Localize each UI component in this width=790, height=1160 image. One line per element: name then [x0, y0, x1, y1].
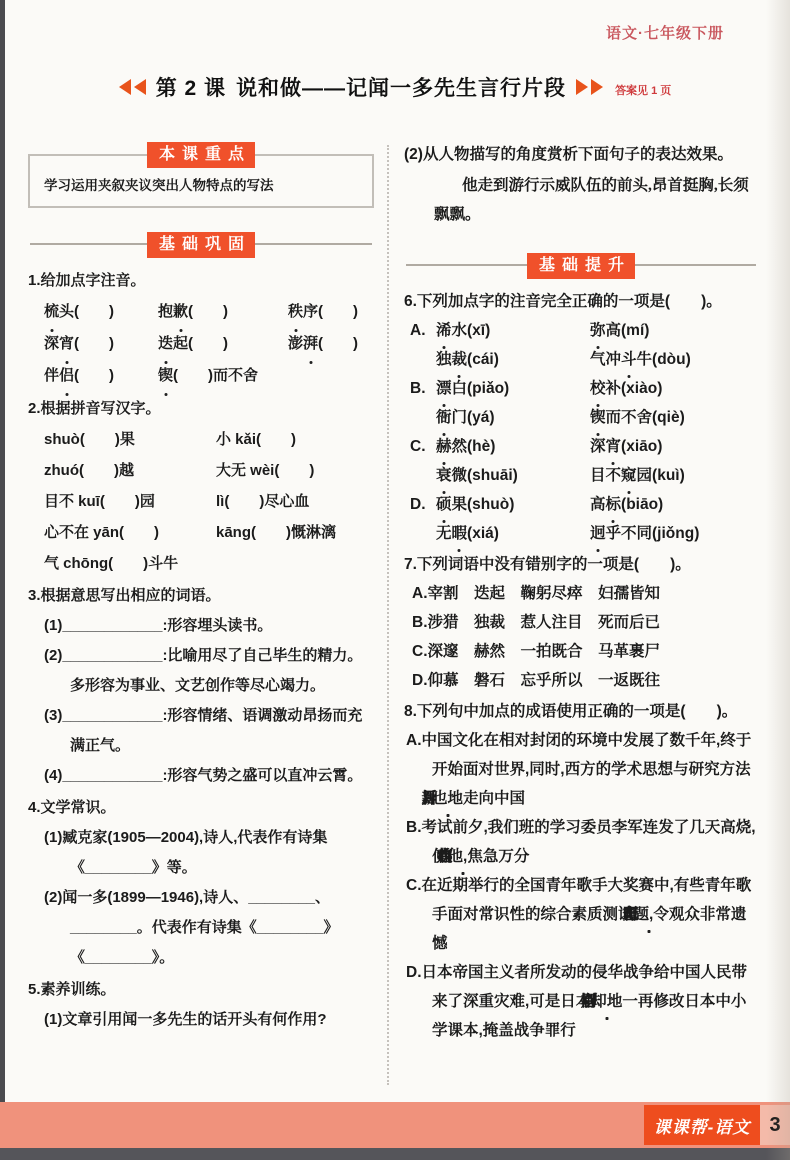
- improve-badge: 基础提升: [527, 253, 635, 279]
- pinyin-item: 秩序( ): [288, 296, 374, 328]
- option-letter: [410, 519, 436, 548]
- option-letter: [410, 345, 436, 374]
- question-5-stem: 5.素养训练。: [28, 975, 374, 1005]
- option-word: 硕果(shuò): [436, 490, 590, 519]
- option-word: 高标(biāo): [590, 490, 758, 519]
- option-line: D.仰慕 磐石 忘乎所以 一返既往: [412, 666, 758, 695]
- definition-item: (2)____________:比喻用尽了自己毕生的精力。多形容为事业、文艺创作…: [44, 641, 374, 701]
- scan-left-edge: [0, 0, 5, 1160]
- question-1-items: 梳头( ) 抱歉( ) 秩序( ) 深宵( ) 迭起( ) 澎湃( ) 伴侣( …: [44, 296, 374, 392]
- option-row: C. 赫然(hè) 深宵(xiāo): [410, 432, 758, 461]
- option-paragraph: B.考试前夕,我们班的学习委员李军连发了几天高烧,使他痛心疾首,焦急万分: [406, 813, 758, 871]
- literature-item: (1)臧克家(1905—2004),诗人,代表作有诗集《________》等。: [44, 823, 374, 883]
- option-row: 独裁(cái) 气冲斗牛(dòu): [410, 345, 758, 374]
- pinyin-item: 深宵( ): [44, 328, 158, 360]
- page-curl-shadow: [766, 0, 790, 1160]
- key-point-badge: 本课重点: [147, 142, 255, 168]
- question-8-stem: 8.下列句中加点的成语使用正确的一项是( )。: [404, 697, 758, 726]
- scan-bottom-edge: [0, 1148, 790, 1160]
- option-line: B.涉猎 独裁 惹人注目 死而后已: [412, 608, 758, 637]
- option-word: 浠水(xī): [436, 316, 590, 345]
- option-letter: B.: [410, 374, 436, 403]
- question-1: 1.给加点字注音。 梳头( ) 抱歉( ) 秩序( ) 深宵( ) 迭起( ) …: [28, 266, 374, 392]
- pinyin-item: 迭起( ): [158, 328, 288, 360]
- hanzi-item: 小 kǎi( ): [216, 424, 374, 455]
- pinyin-item: 梳头( ): [44, 296, 158, 328]
- hanzi-item: lì( )尽心血: [216, 486, 374, 517]
- workbook-page: 语文·七年级下册 第 2 课 说和做——记闻一多先生言行片段 答案见 1 页 本…: [0, 0, 790, 1160]
- key-point-text: 学习运用夹叙夹议突出人物特点的写法: [44, 176, 362, 196]
- hanzi-item: 气 chōng( )斗牛: [44, 548, 216, 579]
- left-column: 本课重点 学习运用夹叙夹议突出人物特点的写法 基础巩固 1.给加点字注音。 梳头…: [28, 140, 374, 1035]
- brand-badge: 课课帮-语文: [644, 1105, 760, 1145]
- hanzi-item: shuò( )果: [44, 424, 216, 455]
- option-row: 衰微(shuāi) 目不窥园(kuì): [410, 461, 758, 490]
- pinyin-item: 澎湃( ): [288, 328, 374, 360]
- pinyin-item: 伴侣( ): [44, 360, 158, 392]
- page-number: 3: [760, 1105, 790, 1145]
- question-3: 3.根据意思写出相应的词语。 (1)____________:形容埋头读书。 (…: [28, 581, 374, 791]
- hanzi-item: 心不在 yān( ): [44, 517, 216, 548]
- question-3-stem: 3.根据意思写出相应的词语。: [28, 581, 374, 611]
- option-word: 漂白(piǎo): [436, 374, 590, 403]
- option-line: C.深邃 赫然 一拍既合 马革裹尸: [412, 637, 758, 666]
- pinyin-item: 锲( )而不舍: [158, 360, 288, 392]
- option-letter: C.: [410, 432, 436, 461]
- definition-item: (3)____________:形容情绪、语调激动昂扬而充满正气。: [44, 701, 374, 761]
- question-5: 5.素养训练。 (1)文章引用闻一多先生的话开头有何作用?: [28, 975, 374, 1035]
- double-arrow-left-icon: [119, 79, 146, 95]
- question-1-stem: 1.给加点字注音。: [28, 266, 374, 296]
- option-paragraph: C.在近期举行的全国青年歌手大奖赛中,有些青年歌手面对常识性的综合素质测试题哑口…: [406, 871, 758, 958]
- double-arrow-right-icon: [576, 79, 603, 95]
- foundation-badge: 基础巩固: [147, 232, 255, 258]
- option-word: 气冲斗牛(dòu): [590, 345, 758, 374]
- option-paragraph: A.中国文化在相对封闭的环境中发展了数千年,终于开始面对世界,同时,西方的学术思…: [406, 726, 758, 813]
- option-word: 衙门(yá): [436, 403, 590, 432]
- question-5-sub2: (2)从人物描写的角度赏析下面句子的表达效果。: [404, 140, 758, 169]
- column-divider: [387, 145, 389, 1085]
- question-6: 6.下列加点字的注音完全正确的一项是( )。 A. 浠水(xī) 弥高(mí) …: [404, 287, 758, 548]
- page-title: 说和做——记闻一多先生言行片段: [236, 72, 566, 102]
- question-5-sub1: (1)文章引用闻一多先生的话开头有何作用?: [44, 1005, 374, 1035]
- option-letter: [410, 461, 436, 490]
- pinyin-item: 抱歉( ): [158, 296, 288, 328]
- option-word: 目不窥园(kuì): [590, 461, 758, 490]
- option-word: 迥乎不同(jiǒng): [590, 519, 758, 548]
- hanzi-item: 目不 kuī( )园: [44, 486, 216, 517]
- key-point-box: 本课重点 学习运用夹叙夹议突出人物特点的写法: [28, 154, 374, 208]
- lesson-title-row: 第 2 课 说和做——记闻一多先生言行片段 答案见 1 页: [0, 72, 790, 102]
- hanzi-item: kāng( )慨淋漓: [216, 517, 374, 548]
- option-row: A. 浠水(xī) 弥高(mí): [410, 316, 758, 345]
- literature-item: (2)闻一多(1899—1946),诗人、________、________。代…: [44, 883, 374, 973]
- right-column: (2)从人物描写的角度赏析下面句子的表达效果。 他走到游行示威队伍的前头,昂首挺…: [404, 140, 758, 1045]
- option-line: A.宰割 迭起 鞠躬尽瘁 妇孺皆知: [412, 579, 758, 608]
- question-2: 2.根据拼音写汉字。 shuò( )果 小 kǎi( ) zhuó( )越 大无…: [28, 394, 374, 579]
- section-foundation: 基础巩固: [28, 230, 374, 258]
- section-improve: 基础提升: [404, 251, 758, 279]
- option-word: 赫然(hè): [436, 432, 590, 461]
- question-4-stem: 4.文学常识。: [28, 793, 374, 823]
- option-letter: [410, 403, 436, 432]
- option-word: 深宵(xiāo): [590, 432, 758, 461]
- question-2-stem: 2.根据拼音写汉字。: [28, 394, 374, 424]
- option-word: 独裁(cái): [436, 345, 590, 374]
- question-6-stem: 6.下列加点字的注音完全正确的一项是( )。: [404, 287, 758, 316]
- option-row: 无暇(xiá) 迥乎不同(jiǒng): [410, 519, 758, 548]
- answer-reference: 答案见 1 页: [615, 82, 671, 98]
- definition-item: (4)____________:形容气势之盛可以直冲云霄。: [44, 761, 374, 791]
- footer-bar: 课课帮-语文 3: [0, 1102, 790, 1148]
- option-paragraph: D.日本帝国主义者所发动的侵华战争给中国人民带来了深重灾难,可是日本却别有用心地…: [406, 958, 758, 1045]
- hanzi-item: [216, 548, 374, 579]
- question-7: 7.下列词语中没有错别字的一项是( )。 A.宰割 迭起 鞠躬尽瘁 妇孺皆知 B…: [404, 550, 758, 695]
- option-word: 校补(xiào): [590, 374, 758, 403]
- question-2-items: shuò( )果 小 kǎi( ) zhuó( )越 大无 wèi( ) 目不 …: [44, 424, 374, 579]
- option-row: B. 漂白(piǎo) 校补(xiào): [410, 374, 758, 403]
- hanzi-item: zhuó( )越: [44, 455, 216, 486]
- lesson-number: 第 2 课: [156, 72, 226, 102]
- edition-label: 语文·七年级下册: [606, 22, 724, 43]
- analysis-quote: 他走到游行示威队伍的前头,昂首挺胸,长须飘飘。: [404, 171, 758, 229]
- option-letter: A.: [410, 316, 436, 345]
- question-4: 4.文学常识。 (1)臧克家(1905—2004),诗人,代表作有诗集《____…: [28, 793, 374, 973]
- option-word: 锲而不舍(qiè): [590, 403, 758, 432]
- option-word: 无暇(xiá): [436, 519, 590, 548]
- option-word: 衰微(shuāi): [436, 461, 590, 490]
- question-7-stem: 7.下列词语中没有错别字的一项是( )。: [404, 550, 758, 579]
- option-row: 衙门(yá) 锲而不舍(qiè): [410, 403, 758, 432]
- pinyin-item: [288, 360, 374, 392]
- hanzi-item: 大无 wèi( ): [216, 455, 374, 486]
- question-8: 8.下列句中加点的成语使用正确的一项是( )。 A.中国文化在相对封闭的环境中发…: [404, 697, 758, 1045]
- option-word: 弥高(mí): [590, 316, 758, 345]
- definition-item: (1)____________:形容埋头读书。: [44, 611, 374, 641]
- option-letter: D.: [410, 490, 436, 519]
- option-row: D. 硕果(shuò) 高标(biāo): [410, 490, 758, 519]
